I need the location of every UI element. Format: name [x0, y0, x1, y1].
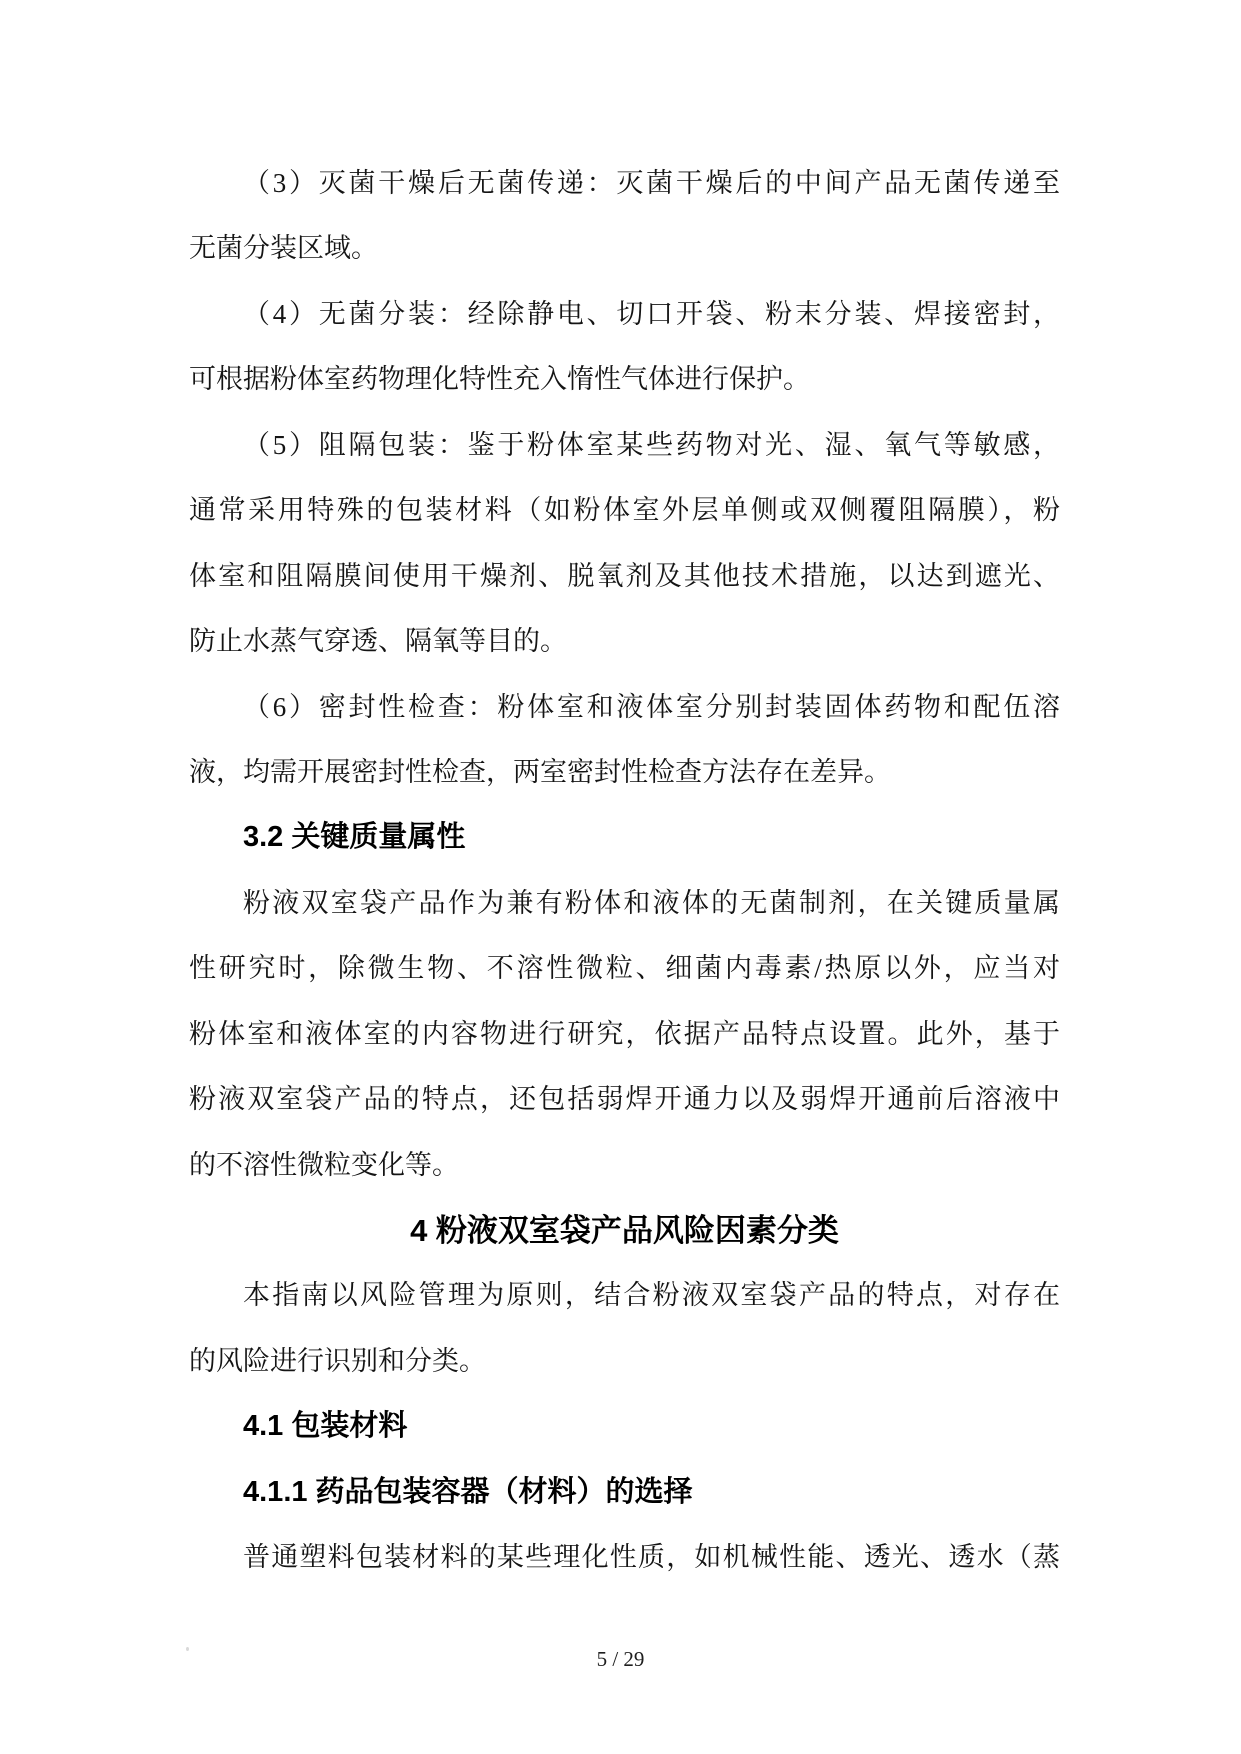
paragraph: 粉液双室袋产品作为兼有粉体和液体的无菌制剂，在关键质量属性研究时，除微生物、不溶…: [189, 871, 1060, 1198]
document-line: （6）密封性检查：粉体室和液体室分别封装固体药物和配伍溶: [189, 675, 1060, 740]
page-number: 5 / 29: [597, 1647, 645, 1671]
section-heading: 4.1 包装材料: [189, 1394, 1060, 1459]
section-heading: 3.2 关键质量属性: [189, 805, 1060, 870]
document-line: （4）无菌分装：经除静电、切口开袋、粉末分装、焊接密封，: [189, 282, 1060, 347]
section-heading-line: 4.1 包装材料: [189, 1394, 1060, 1459]
document-line: 防止水蒸气穿透、隔氧等目的。: [189, 609, 1060, 674]
document-page: （3）灭菌干燥后无菌传递：灭菌干燥后的中间产品无菌传递至无菌分装区域。（4）无菌…: [0, 0, 1241, 1754]
document-line: （3）灭菌干燥后无菌传递：灭菌干燥后的中间产品无菌传递至: [189, 151, 1060, 216]
paragraph: 本指南以风险管理为原则，结合粉液双室袋产品的特点，对存在的风险进行识别和分类。: [189, 1263, 1060, 1394]
document-line: 的不溶性微粒变化等。: [189, 1133, 1060, 1198]
document-line: 粉液双室袋产品的特点，还包括弱焊开通力以及弱焊开通前后溶液中: [189, 1067, 1060, 1132]
document-line: 普通塑料包装材料的某些理化性质，如机械性能、透光、透水（蒸: [189, 1525, 1060, 1590]
section-heading: 4.1.1 药品包装容器（材料）的选择: [189, 1460, 1060, 1525]
document-line: 通常采用特殊的包装材料（如粉体室外层单侧或双侧覆阻隔膜），粉: [189, 478, 1060, 543]
paragraph: （4）无菌分装：经除静电、切口开袋、粉末分装、焊接密封，可根据粉体室药物理化特性…: [189, 282, 1060, 413]
document-line: 液，均需开展密封性检查，两室密封性检查方法存在差异。: [189, 740, 1060, 805]
document-line: 性研究时，除微生物、不溶性微粒、细菌内毒素/热原以外，应当对: [189, 936, 1060, 1001]
document-line: 粉体室和液体室的内容物进行研究，依据产品特点设置。此外，基于: [189, 1002, 1060, 1067]
document-line: 可根据粉体室药物理化特性充入惰性气体进行保护。: [189, 347, 1060, 412]
chapter-heading: 4 粉液双室袋产品风险因素分类: [189, 1198, 1060, 1263]
paragraph: （6）密封性检查：粉体室和液体室分别封装固体药物和配伍溶液，均需开展密封性检查，…: [189, 675, 1060, 806]
section-heading-line: 4.1.1 药品包装容器（材料）的选择: [189, 1460, 1060, 1525]
paragraph: 普通塑料包装材料的某些理化性质，如机械性能、透光、透水（蒸: [189, 1525, 1060, 1590]
document-line: 本指南以风险管理为原则，结合粉液双室袋产品的特点，对存在: [189, 1263, 1060, 1328]
paragraph: （5）阻隔包装：鉴于粉体室某些药物对光、湿、氧气等敏感，通常采用特殊的包装材料（…: [189, 413, 1060, 675]
section-heading-line: 3.2 关键质量属性: [189, 805, 1060, 870]
document-line: 体室和阻隔膜间使用干燥剂、脱氧剂及其他技术措施，以达到遮光、: [189, 544, 1060, 609]
paragraph: （3）灭菌干燥后无菌传递：灭菌干燥后的中间产品无菌传递至无菌分装区域。: [189, 151, 1060, 282]
document-line: 粉液双室袋产品作为兼有粉体和液体的无菌制剂，在关键质量属: [189, 871, 1060, 936]
document-line: （5）阻隔包装：鉴于粉体室某些药物对光、湿、氧气等敏感，: [189, 413, 1060, 478]
document-line: 无菌分装区域。: [189, 216, 1060, 281]
page-body: （3）灭菌干燥后无菌传递：灭菌干燥后的中间产品无菌传递至无菌分装区域。（4）无菌…: [189, 151, 1060, 1591]
scan-artifact: [186, 1647, 189, 1651]
chapter-heading-line: 4 粉液双室袋产品风险因素分类: [189, 1198, 1060, 1263]
document-line: 的风险进行识别和分类。: [189, 1329, 1060, 1394]
